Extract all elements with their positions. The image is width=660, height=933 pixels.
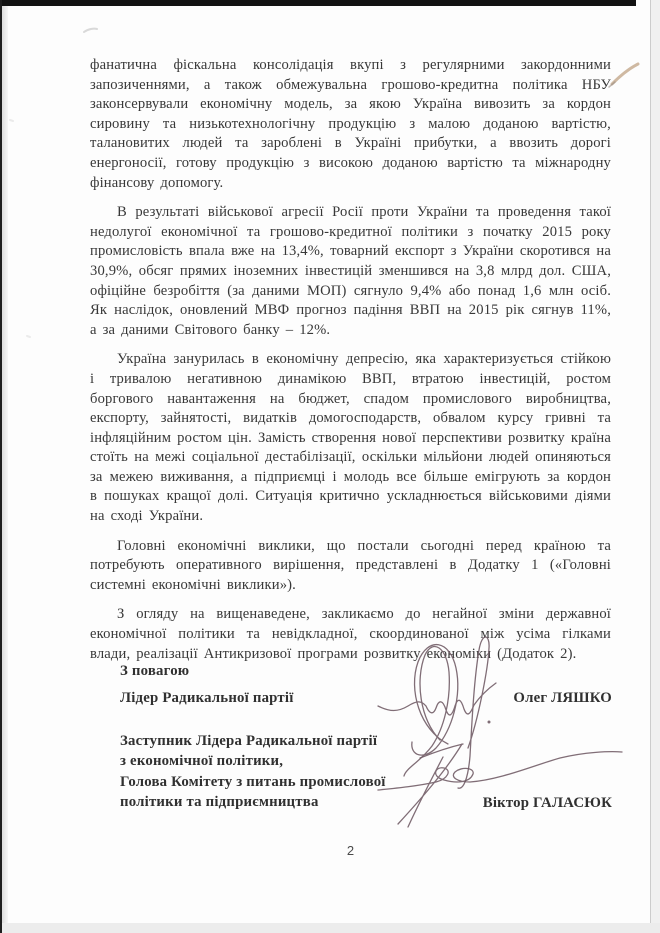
- closing-salutation: З повагою: [120, 661, 612, 681]
- signatory-row-halasiuk: Заступник Лідера Радикальної партії з ек…: [120, 731, 612, 812]
- paragraph-2: В результаті військової агресії Росії пр…: [90, 203, 611, 340]
- scan-left-shade: [2, 0, 8, 933]
- signatory-role-line: Голова Комітету з питань промислової: [120, 772, 386, 792]
- paragraph-3: Україна занурилась в економічну депресію…: [90, 350, 611, 526]
- signatory-name-halasiuk: Віктор ГАЛАСЮК: [483, 795, 612, 812]
- signatory-role-line: політики та підприємництва: [120, 792, 386, 812]
- signatory-role-line: Заступник Лідера Радикальної партії: [120, 731, 386, 751]
- signature-block: З повагою Лідер Радикальної партії Олег …: [120, 661, 612, 812]
- signatory-row-lyashko: Лідер Радикальної партії Олег ЛЯШКО: [120, 688, 612, 708]
- page-number: 2: [90, 843, 611, 858]
- scanned-document-page: фанатична фіскальна консолідація вкупі з…: [0, 0, 660, 933]
- scan-edge-left: [0, 0, 2, 933]
- document-body: фанатична фіскальна консолідація вкупі з…: [90, 56, 611, 674]
- signatory-role-line: з економічної політики,: [120, 751, 386, 771]
- paragraph-5: З огляду на вищенаведене, закликаємо до …: [90, 605, 611, 664]
- scan-edge-top: [0, 0, 636, 6]
- scan-edge-right: [650, 0, 660, 933]
- signatory-name-lyashko: Олег ЛЯШКО: [513, 688, 612, 708]
- signatory-role: Лідер Радикальної партії: [120, 688, 294, 708]
- scan-edge-bottom: [2, 923, 660, 933]
- paragraph-4: Головні економічні виклики, що постали с…: [90, 537, 611, 596]
- paragraph-1: фанатична фіскальна консолідація вкупі з…: [90, 56, 611, 193]
- signatory-role-lines: Заступник Лідера Радикальної партії з ек…: [120, 731, 386, 812]
